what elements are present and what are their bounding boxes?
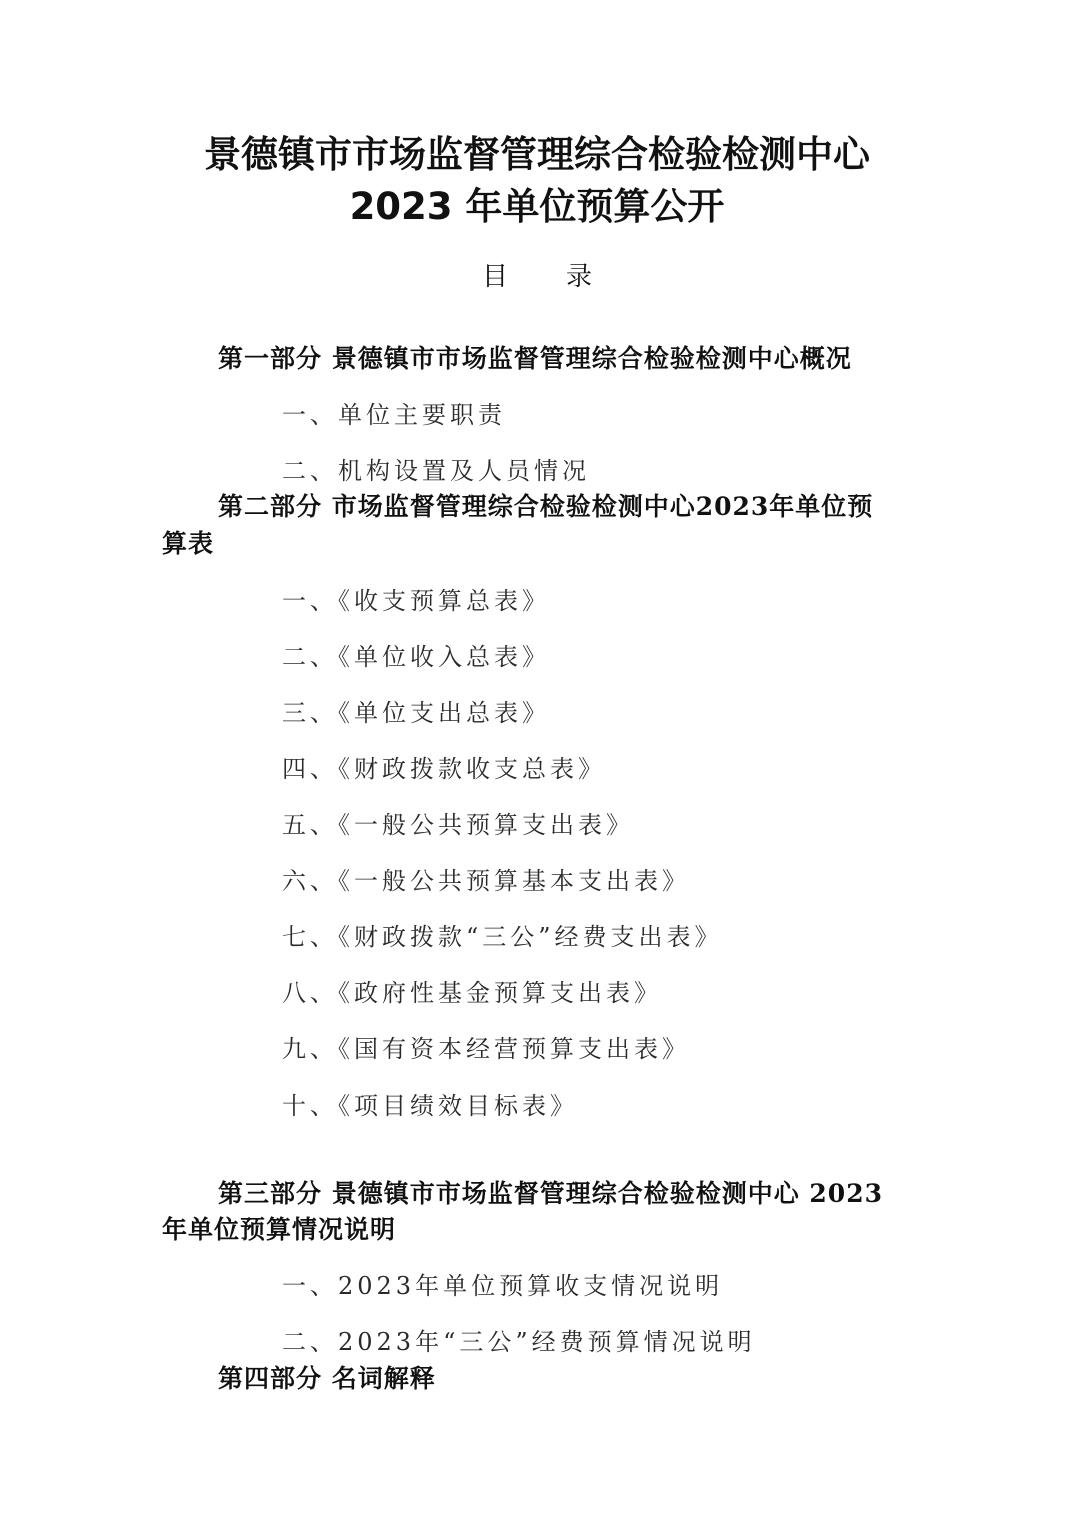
toc-part-2-heading-cont: 算表 (162, 527, 214, 561)
toc-part-2-item-3: 三、《单位支出总表》 (282, 696, 550, 730)
document-title-line-2: 2023 年单位预算公开 (0, 183, 1074, 231)
toc-part-2-heading: 第二部分 市场监督管理综合检验检测中心2023年单位预 (218, 490, 873, 524)
toc-part-4-heading: 第四部分 名词解释 (218, 1362, 436, 1396)
toc-part-2-item-5: 五、《一般公共预算支出表》 (282, 808, 634, 842)
toc-part-2-item-6: 六、《一般公共预算基本支出表》 (282, 864, 690, 898)
toc-part-2-item-10: 十、《项目绩效目标表》 (282, 1089, 578, 1123)
toc-part-3-heading: 第三部分 景德镇市市场监督管理综合检验检测中心 2023 (218, 1177, 883, 1211)
toc-part-2-item-7: 七、《财政拨款“三公”经费支出表》 (282, 920, 723, 954)
toc-part-2-item-9: 九、《国有资本经营预算支出表》 (282, 1032, 690, 1066)
table-of-contents-heading: 目录 (0, 260, 1074, 294)
toc-part-2-item-4: 四、《财政拨款收支总表》 (282, 752, 606, 786)
toc-part-3-item-2: 二、2023年“三公”经费预算情况说明 (282, 1325, 756, 1359)
toc-part-2-item-8: 八、《政府性基金预算支出表》 (282, 976, 662, 1010)
toc-heading-right: 录 (566, 260, 592, 294)
toc-heading-left: 目 (482, 260, 508, 294)
toc-part-1-heading: 第一部分 景德镇市市场监督管理综合检验检测中心概况 (218, 342, 852, 376)
toc-part-1-item-2: 二、机构设置及人员情况 (282, 454, 590, 488)
toc-part-2-item-1: 一、《收支预算总表》 (282, 584, 550, 618)
toc-part-3-item-1: 一、2023年单位预算收支情况说明 (282, 1269, 723, 1303)
toc-part-1-item-1: 一、单位主要职责 (282, 398, 506, 432)
toc-part-2-item-2: 二、《单位收入总表》 (282, 640, 550, 674)
toc-part-3-heading-cont: 年单位预算情况说明 (162, 1213, 396, 1247)
document-title-line-1: 景德镇市市场监督管理综合检验检测中心 (0, 131, 1074, 179)
